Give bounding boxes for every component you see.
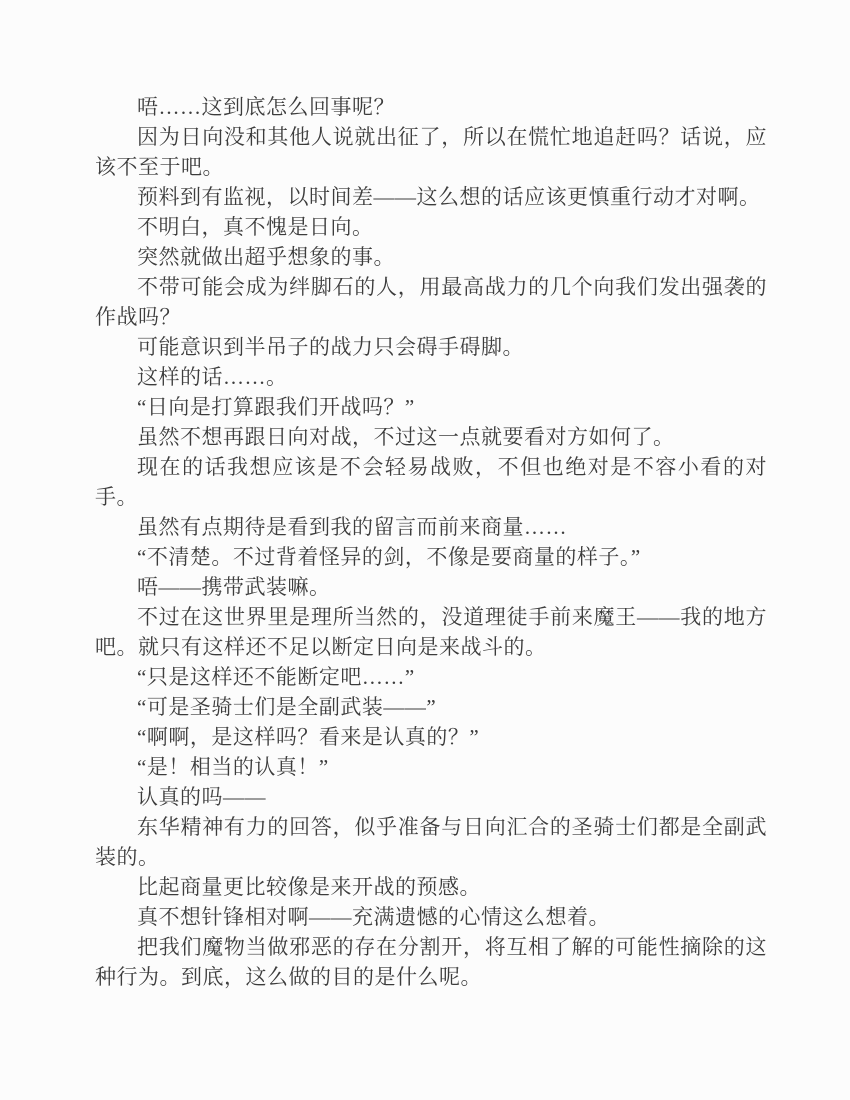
paragraph: 把我们魔物当做邪恶的存在分割开，将互相了解的可能性摘除的这种行为。到底，这么做的… [95,932,767,992]
paragraph: 可能意识到半吊子的战力只会碍手碍脚。 [95,332,767,362]
paragraph: 虽然不想再跟日向对战，不过这一点就要看对方如何了。 [95,422,767,452]
paragraph: 认真的吗—— [95,782,767,812]
paragraph: 预料到有监视，以时间差——这么想的话应该更慎重行动才对啊。 [95,182,767,212]
paragraph: “只是这样还不能断定吧……” [95,662,767,692]
paragraph: 唔——携带武装嘛。 [95,572,767,602]
novel-page: 唔……这到底怎么回事呢？因为日向没和其他人说就出征了，所以在慌忙地追赶吗？话说，… [0,0,850,1100]
paragraph: 真不想针锋相对啊——充满遗憾的心情这么想着。 [95,902,767,932]
paragraph: “啊啊，是这样吗？看来是认真的？” [95,722,767,752]
paragraph: 这样的话……。 [95,362,767,392]
paragraph: “不清楚。不过背着怪异的剑，不像是要商量的样子。” [95,542,767,572]
paragraph: 唔……这到底怎么回事呢？ [95,92,767,122]
paragraph: 现在的话我想应该是不会轻易战败，不但也绝对是不容小看的对手。 [95,452,767,512]
paragraph: 因为日向没和其他人说就出征了，所以在慌忙地追赶吗？话说，应该不至于吧。 [95,122,767,182]
paragraph: 不明白，真不愧是日向。 [95,212,767,242]
paragraph: 比起商量更比较像是来开战的预感。 [95,872,767,902]
paragraph: 不带可能会成为绊脚石的人，用最高战力的几个向我们发出强袭的作战吗？ [95,272,767,332]
paragraph: 东华精神有力的回答，似乎准备与日向汇合的圣骑士们都是全副武装的。 [95,812,767,872]
paragraph: “日向是打算跟我们开战吗？” [95,392,767,422]
paragraph: 突然就做出超乎想象的事。 [95,242,767,272]
paragraph: 不过在这世界里是理所当然的，没道理徒手前来魔王——我的地方吧。就只有这样还不足以… [95,602,767,662]
novel-text-block: 唔……这到底怎么回事呢？因为日向没和其他人说就出征了，所以在慌忙地追赶吗？话说，… [95,92,767,992]
paragraph: 虽然有点期待是看到我的留言而前来商量…… [95,512,767,542]
paragraph: “是！相当的认真！” [95,752,767,782]
paragraph: “可是圣骑士们是全副武装——” [95,692,767,722]
